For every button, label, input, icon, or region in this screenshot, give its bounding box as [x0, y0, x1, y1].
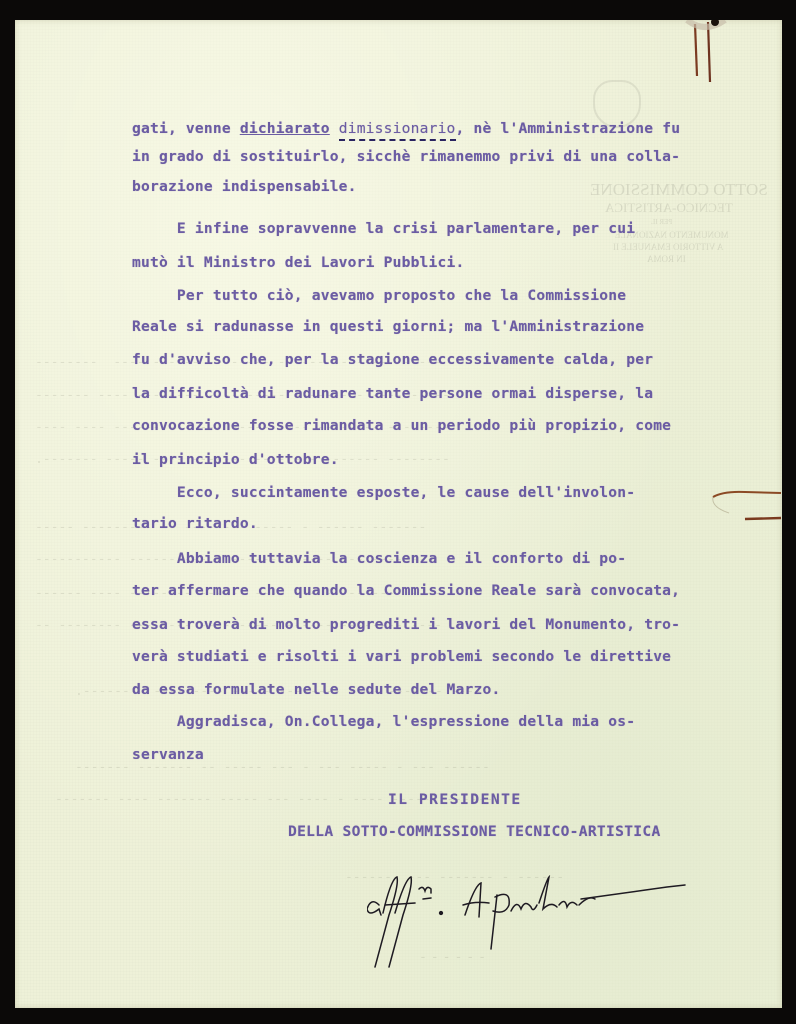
body-line: convocazione fosse rimandata a un period…: [132, 417, 671, 434]
struck-word: dichiarato: [240, 120, 330, 137]
body-line: il principio d'ottobre.: [132, 451, 339, 468]
letterhead-ghost-line: IN ROMA: [647, 254, 686, 264]
body-line: fu d'avviso che, per la stagione eccessi…: [132, 351, 653, 368]
body-line: Per tutto ciò, avevamo proposto che la C…: [132, 287, 626, 304]
body-line: servanza: [132, 746, 204, 763]
closing-subtitle: DELLA SOTTO-COMMISSIONE TECNICO-ARTISTIC…: [288, 823, 661, 840]
text-segment: gati, venne: [132, 120, 240, 137]
body-line: in grado di sostituirlo, sicchè rimanemm…: [132, 148, 680, 165]
body-line: verà studiati e risolti i vari problemi …: [132, 648, 671, 665]
body-line: borazione indispensabile.: [132, 178, 357, 195]
body-line: Ecco, succintamente esposte, le cause de…: [132, 484, 635, 501]
body-line: tario ritardo.: [132, 515, 258, 532]
letterhead-ghost-line: A VITTORIO EMANUELE II: [613, 242, 723, 252]
staple-mark-icon: [675, 20, 735, 90]
body-line: E infine sopravvenne la crisi parlamenta…: [132, 220, 635, 237]
text-segment: , nè l'Amministrazione fu: [456, 120, 681, 137]
body-line-1: gati, venne dichiarato dimissionario, nè…: [132, 120, 680, 137]
body-line: Aggradisca, On.Collega, l'espressione de…: [132, 713, 635, 730]
letterhead-ghost-line: SOTTO COMMISSIONE: [590, 180, 768, 200]
document-page: SOTTO COMMISSIONE TECNICO-ARTISTICA PER …: [15, 20, 782, 1008]
closing-title: IL PRESIDENTE: [388, 791, 522, 808]
paper-tear-icon: [705, 485, 782, 535]
handwritten-signature: [367, 875, 697, 970]
text-segment: [330, 120, 339, 137]
body-line: la difficoltà di radunare tante persone …: [132, 385, 653, 402]
body-line: mutò il Ministro dei Lavori Pubblici.: [132, 254, 465, 271]
letterhead-ghost-line: TECNICO-ARTISTICA: [605, 200, 733, 216]
body-line: Reale si radunasse in questi giorni; ma …: [132, 318, 644, 335]
body-line: essa troverà di molto progrediti i lavor…: [132, 616, 680, 633]
letterhead-ghost-line: PER IL: [651, 218, 672, 226]
body-line: Abbiamo tuttavia la coscienza e il confo…: [132, 550, 626, 567]
underlined-word: dimissionario: [339, 120, 456, 141]
body-line: ter affermare che quando la Commissione …: [132, 582, 680, 599]
body-line: da essa formulate nelle sedute del Marzo…: [132, 681, 500, 698]
